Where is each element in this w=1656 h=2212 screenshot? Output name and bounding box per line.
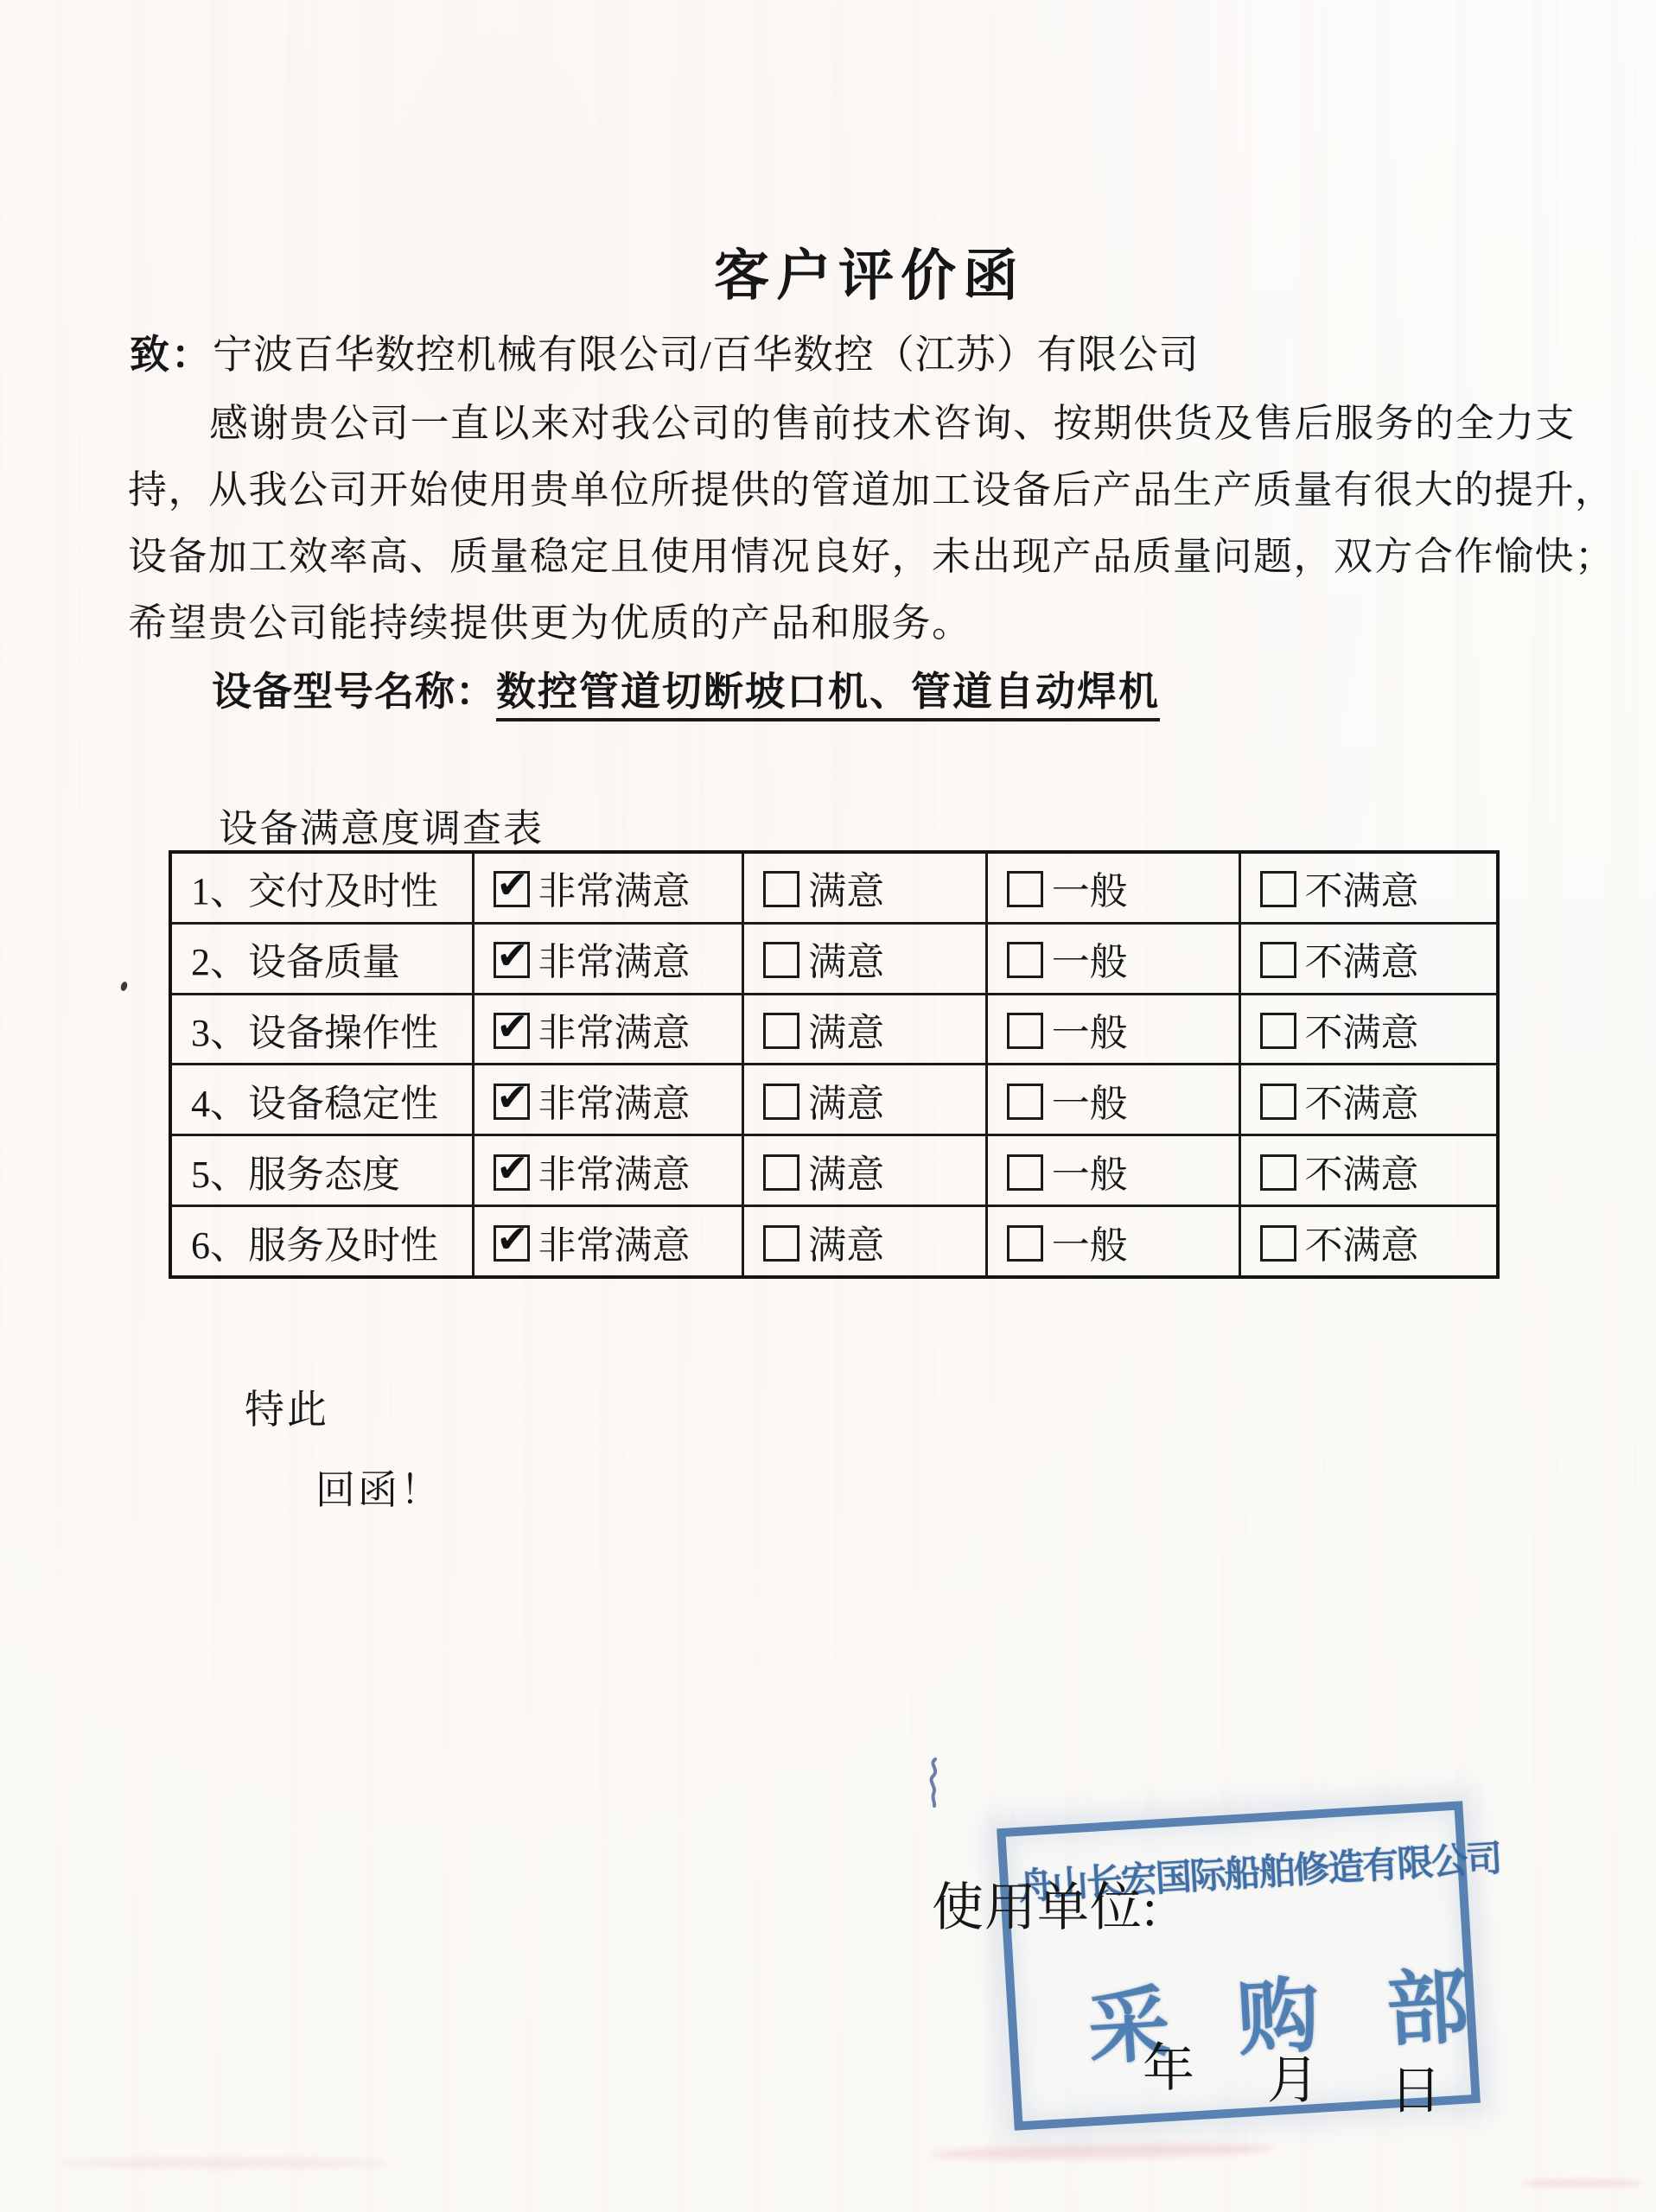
- device-model-label: 设备型号名称：: [212, 670, 496, 714]
- checkbox-icon: [763, 942, 799, 978]
- survey-option-cell: 满意: [743, 1206, 986, 1277]
- device-model-line: 设备型号名称：数控管道切断坡口机、管道自动焊机: [212, 660, 1160, 717]
- survey-criterion-label: 2、设备质量: [170, 923, 473, 994]
- survey-option-label: 非常满意: [538, 1012, 691, 1054]
- closing-hereby: 特此: [245, 1378, 329, 1435]
- checkbox-icon: [1260, 1225, 1296, 1262]
- checkbox-icon: [1007, 1084, 1043, 1120]
- survey-option-cell: 一般: [986, 1135, 1239, 1206]
- checkbox-icon: [1007, 871, 1043, 907]
- date-day-label: 日: [1390, 2050, 1442, 2124]
- survey-option-label: 满意: [808, 941, 884, 983]
- user-unit-label: 使用单位:: [932, 1866, 1158, 1941]
- survey-option-cell: 一般: [986, 1065, 1239, 1135]
- checkbox-icon: [1007, 942, 1043, 978]
- checkbox-icon: [1007, 1013, 1043, 1049]
- page-title: 客户评价函: [714, 232, 1025, 311]
- survey-option-label: 不满意: [1305, 1154, 1419, 1196]
- survey-option-cell: 满意: [743, 1065, 986, 1135]
- date-year-label: 年: [1143, 2027, 1194, 2101]
- date-month-label: 月: [1267, 2039, 1319, 2113]
- survey-option-cell: 不满意: [1239, 1065, 1498, 1135]
- survey-table-row: 2、设备质量非常满意满意一般不满意: [170, 923, 1498, 994]
- survey-option-cell: 非常满意: [473, 852, 743, 923]
- survey-option-label: 满意: [808, 870, 884, 912]
- checkbox-checked-icon: [494, 1154, 530, 1191]
- recipient-line: 致：宁波百华数控机械有限公司/百华数控（江苏）有限公司: [130, 323, 1200, 380]
- survey-criterion-label: 4、设备稳定性: [170, 1065, 473, 1135]
- checkbox-icon: [1260, 1154, 1296, 1191]
- checkbox-checked-icon: [494, 942, 530, 978]
- checkbox-icon: [1007, 1225, 1043, 1262]
- survey-option-cell: 一般: [986, 1206, 1239, 1277]
- checkbox-checked-icon: [494, 1084, 530, 1120]
- scan-smudge: [1521, 2179, 1642, 2187]
- device-model-value: 数控管道切断坡口机、管道自动焊机: [496, 670, 1160, 721]
- checkbox-checked-icon: [494, 1013, 530, 1049]
- survey-option-cell: 不满意: [1239, 994, 1498, 1065]
- checkbox-icon: [1260, 871, 1296, 907]
- survey-option-label: 非常满意: [538, 941, 691, 983]
- survey-table-row: 1、交付及时性非常满意满意一般不满意: [170, 852, 1498, 923]
- survey-option-label: 非常满意: [538, 1224, 691, 1267]
- survey-option-label: 不满意: [1305, 870, 1419, 912]
- survey-option-cell: 一般: [986, 923, 1239, 994]
- survey-option-cell: 非常满意: [473, 994, 743, 1065]
- recipient-name: 宁波百华数控机械有限公司/百华数控（江苏）有限公司: [213, 333, 1200, 377]
- checkbox-icon: [763, 1084, 799, 1120]
- body-line: 设备加工效率高、质量稳定且使用情况良好，未出现产品质量问题，双方合作愉快；: [128, 524, 1502, 590]
- survey-option-cell: 不满意: [1239, 1135, 1498, 1206]
- checkbox-icon: [1260, 1013, 1296, 1049]
- checkbox-icon: [763, 1225, 799, 1262]
- survey-table-caption: 设备满意度调查表: [219, 797, 544, 853]
- survey-option-cell: 非常满意: [473, 1065, 743, 1135]
- survey-option-cell: 不满意: [1239, 923, 1498, 994]
- survey-option-label: 一般: [1052, 1154, 1128, 1196]
- survey-option-cell: 满意: [743, 1135, 986, 1206]
- survey-option-cell: 不满意: [1239, 1206, 1498, 1277]
- survey-option-cell: 一般: [986, 852, 1239, 923]
- survey-option-label: 非常满意: [538, 1154, 691, 1196]
- survey-option-label: 满意: [808, 1224, 884, 1267]
- survey-option-label: 一般: [1052, 870, 1128, 912]
- survey-option-label: 一般: [1052, 1083, 1128, 1125]
- checkbox-icon: [763, 871, 799, 907]
- survey-option-cell: 满意: [743, 994, 986, 1065]
- survey-option-cell: 满意: [743, 923, 986, 994]
- body-line: 持，从我公司开始使用贵单位所提供的管道加工设备后产品生产质量有很大的提升，: [128, 457, 1502, 524]
- survey-option-label: 一般: [1052, 1012, 1128, 1054]
- survey-option-label: 满意: [808, 1012, 884, 1054]
- body-line: 希望贵公司能持续提供更为优质的产品和服务。: [128, 590, 1502, 657]
- survey-option-label: 满意: [808, 1083, 884, 1125]
- survey-table-body: 1、交付及时性非常满意满意一般不满意2、设备质量非常满意满意一般不满意3、设备操…: [170, 852, 1498, 1277]
- survey-table-row: 6、服务及时性非常满意满意一般不满意: [170, 1206, 1498, 1277]
- scan-smudge: [929, 2142, 1275, 2162]
- survey-option-label: 不满意: [1305, 1012, 1419, 1054]
- body-line: 感谢贵公司一直以来对我公司的售前技术咨询、按期供货及售后服务的全力支: [128, 391, 1502, 457]
- survey-option-label: 满意: [808, 1154, 884, 1196]
- survey-table-row: 3、设备操作性非常满意满意一般不满意: [170, 994, 1498, 1065]
- survey-criterion-label: 6、服务及时性: [170, 1206, 473, 1277]
- survey-option-label: 非常满意: [538, 1083, 691, 1125]
- survey-option-cell: 一般: [986, 994, 1239, 1065]
- scan-smudge: [61, 2158, 389, 2168]
- pen-scribble-mark: [918, 1756, 952, 1808]
- body-paragraph: 感谢贵公司一直以来对我公司的售前技术咨询、按期供货及售后服务的全力支 持，从我公…: [128, 391, 1502, 657]
- scanned-document-page: 客户评价函 致：宁波百华数控机械有限公司/百华数控（江苏）有限公司 感谢贵公司一…: [0, 0, 1656, 2212]
- survey-option-cell: 不满意: [1239, 852, 1498, 923]
- survey-criterion-label: 3、设备操作性: [170, 994, 473, 1065]
- survey-option-label: 一般: [1052, 1224, 1128, 1267]
- recipient-label: 致：: [130, 333, 213, 377]
- survey-table-row: 5、服务态度非常满意满意一般不满意: [170, 1135, 1498, 1206]
- survey-option-label: 不满意: [1305, 941, 1419, 983]
- survey-option-label: 非常满意: [538, 870, 691, 912]
- checkbox-checked-icon: [494, 1225, 530, 1262]
- survey-option-cell: 非常满意: [473, 1135, 743, 1206]
- survey-option-cell: 非常满意: [473, 1206, 743, 1277]
- survey-criterion-label: 1、交付及时性: [170, 852, 473, 923]
- checkbox-icon: [763, 1154, 799, 1191]
- survey-option-cell: 非常满意: [473, 923, 743, 994]
- survey-criterion-label: 5、服务态度: [170, 1135, 473, 1206]
- survey-option-label: 一般: [1052, 941, 1128, 983]
- survey-table: 1、交付及时性非常满意满意一般不满意2、设备质量非常满意满意一般不满意3、设备操…: [169, 850, 1500, 1279]
- survey-option-cell: 满意: [743, 852, 986, 923]
- checkbox-checked-icon: [494, 871, 530, 907]
- survey-table-row: 4、设备稳定性非常满意满意一般不满意: [170, 1065, 1498, 1135]
- ink-speck: [119, 981, 128, 992]
- closing-reply: 回函！: [315, 1459, 443, 1516]
- checkbox-icon: [1260, 942, 1296, 978]
- checkbox-icon: [1007, 1154, 1043, 1191]
- checkbox-icon: [1260, 1084, 1296, 1120]
- survey-option-label: 不满意: [1305, 1083, 1419, 1125]
- survey-option-label: 不满意: [1305, 1224, 1419, 1267]
- checkbox-icon: [763, 1013, 799, 1049]
